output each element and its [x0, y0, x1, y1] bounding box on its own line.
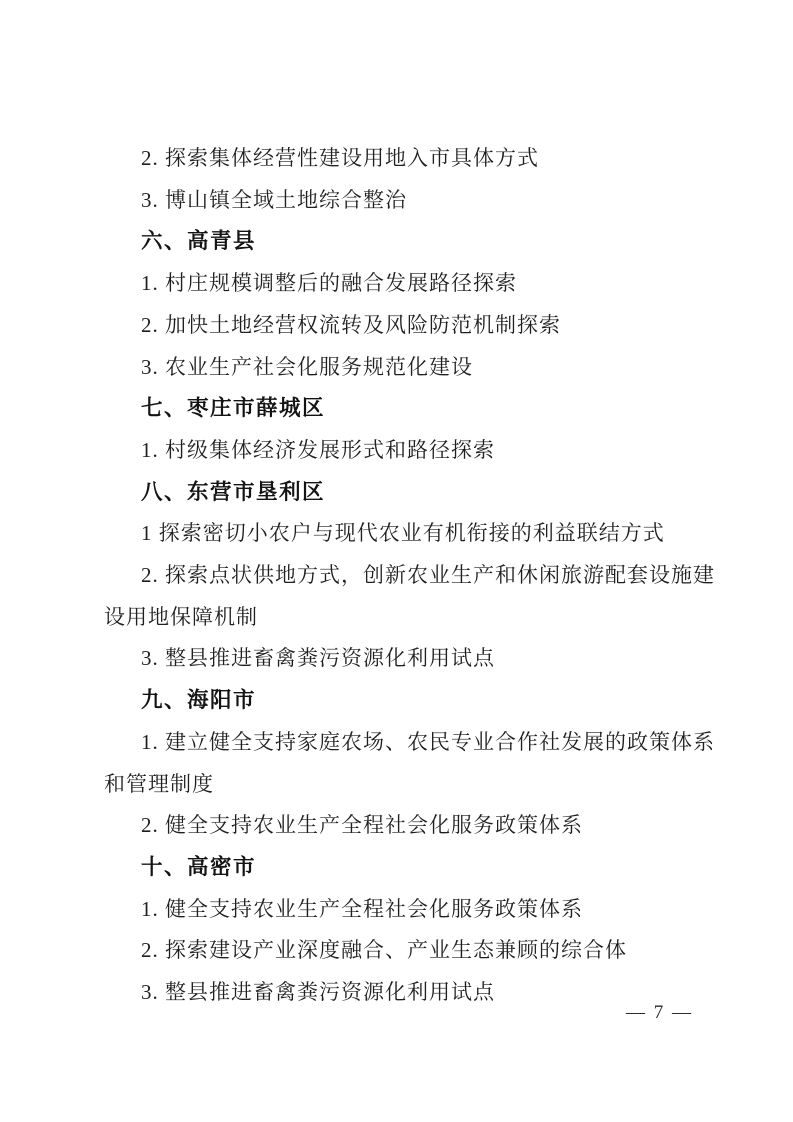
list-item: 2. 健全支持农业生产全程社会化服务政策体系: [104, 805, 704, 847]
list-item-continuation: 设用地保障机制: [104, 597, 704, 639]
list-item-continuation: 和管理制度: [104, 764, 704, 806]
page-number: — 7 —: [626, 1001, 693, 1025]
list-item: 2. 探索点状供地方式，创新农业生产和休闲旅游配套设施建: [104, 555, 704, 597]
section-heading: 十、高密市: [104, 847, 704, 889]
list-item: 1. 村级集体经济发展形式和路径探索: [104, 430, 704, 472]
list-item: 2. 探索集体经营性建设用地入市具体方式: [104, 138, 704, 180]
list-item: 2. 探索建设产业深度融合、产业生态兼顾的综合体: [104, 930, 704, 972]
document-page: 2. 探索集体经营性建设用地入市具体方式 3. 博山镇全域土地综合整治 六、高青…: [0, 0, 793, 1122]
document-body: 2. 探索集体经营性建设用地入市具体方式 3. 博山镇全域土地综合整治 六、高青…: [104, 138, 704, 1014]
list-item: 2. 加快土地经营权流转及风险防范机制探索: [104, 305, 704, 347]
section-heading: 六、高青县: [104, 221, 704, 263]
list-item: 1. 村庄规模调整后的融合发展路径探索: [104, 263, 704, 305]
list-item: 1. 建立健全支持家庭农场、农民专业合作社发展的政策体系: [104, 722, 704, 764]
list-item: 3. 整县推进畜禽粪污资源化利用试点: [104, 972, 704, 1014]
list-item: 3. 农业生产社会化服务规范化建设: [104, 347, 704, 389]
section-heading: 九、海阳市: [104, 680, 704, 722]
section-heading: 七、枣庄市薛城区: [104, 388, 704, 430]
list-item: 3. 博山镇全域土地综合整治: [104, 180, 704, 222]
section-heading: 八、东营市垦利区: [104, 472, 704, 514]
list-item: 1 探索密切小农户与现代农业有机衔接的利益联结方式: [104, 513, 704, 555]
list-item: 3. 整县推进畜禽粪污资源化利用试点: [104, 638, 704, 680]
list-item: 1. 健全支持农业生产全程社会化服务政策体系: [104, 889, 704, 931]
